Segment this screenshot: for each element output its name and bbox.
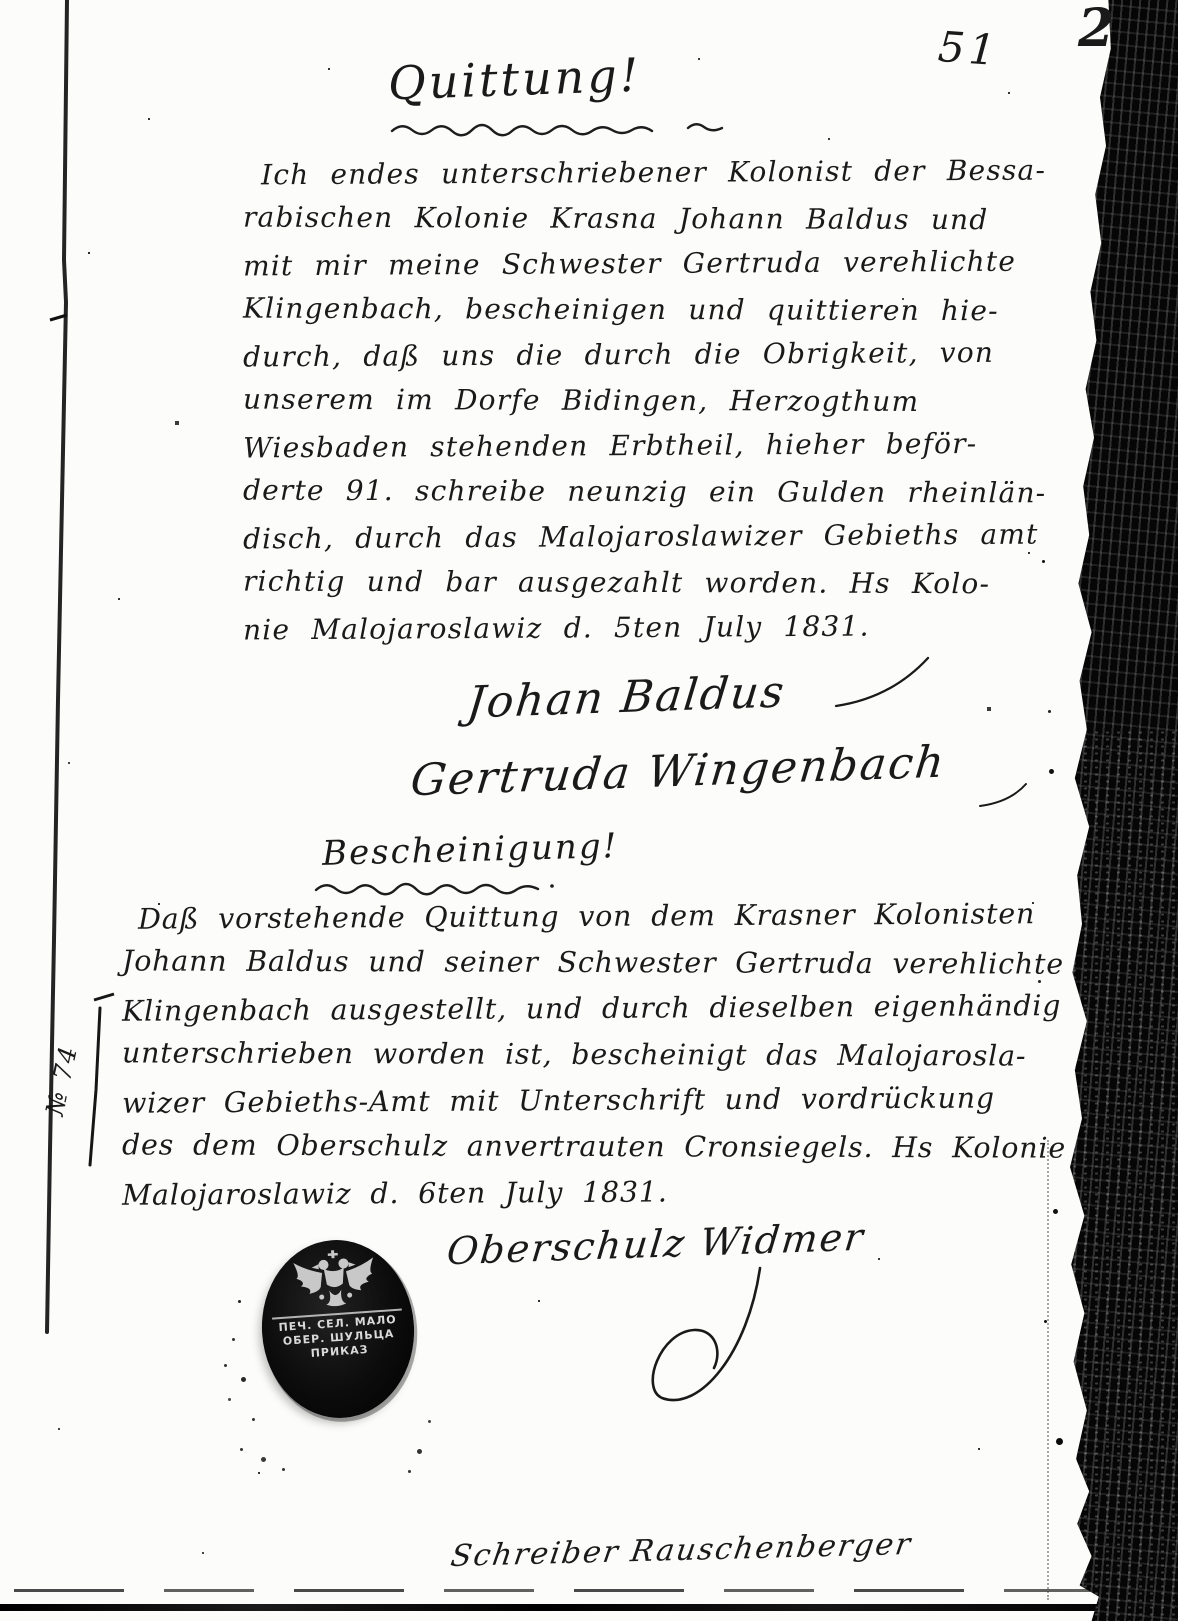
- certificate-line: Klingenbach ausgestellt, und durch diese…: [122, 983, 1037, 1035]
- receipt-line: mit mir meine Schwester Gertruda verehli…: [243, 239, 1043, 289]
- certificate-line: unterschrieben worden ist, bescheinigt d…: [122, 1030, 1037, 1079]
- binding-texture: [1058, 729, 1178, 1621]
- signature-gertruda-wingenbach: Gertruda Wingenbach: [408, 737, 948, 807]
- receipt-line: rabischen Kolonie Krasna Johann Baldus u…: [243, 194, 1043, 242]
- scan-noise-specks: [0, 0, 2, 2]
- certificate-line: wizer Gebieths-Amt mit Unterschrift und …: [122, 1075, 1037, 1127]
- receipt-line: Wiesbaden stehenden Erbtheil, hieher bef…: [243, 421, 1043, 471]
- binding-ink-specks: [1042, 560, 1045, 563]
- official-wax-seal: ПЕЧ. СЕЛ. МАЛО ОБЕР. ШУЛЬЦА ПРИКАЗ: [256, 1235, 420, 1423]
- title-underline-tail: [688, 124, 722, 130]
- widmer-signature-flourish: [653, 1268, 760, 1400]
- folio-number: 51: [936, 22, 1001, 75]
- wingenbach-signature-tail: [980, 784, 1026, 806]
- double-headed-eagle-icon: [285, 1247, 385, 1316]
- receipt-line: nie Malojaroslawiz d. 5ten July 1831.: [243, 603, 1043, 653]
- certificate-line: Malojaroslawiz d. 6ten July 1831.: [122, 1167, 1037, 1219]
- receipt-line: Ich endes unterschriebener Kolonist der …: [243, 148, 1043, 198]
- receipt-line: disch, durch das Malojaroslawizer Gebiet…: [243, 512, 1043, 562]
- book-binding-edge: [1058, 0, 1178, 1621]
- left-fold-line: [47, 0, 67, 1332]
- receipt-title: Quittung!: [387, 48, 642, 111]
- receipt-line: Klingenbach, bescheinigen und quittieren…: [243, 285, 1043, 333]
- title-underline-squiggle: [392, 125, 652, 135]
- certificate-line: Daß vorstehende Quittung von dem Krasner…: [122, 891, 1037, 943]
- margin-note: № 74: [40, 1042, 83, 1118]
- seal-ink-specks: [238, 1300, 241, 1303]
- perforation-dotted-line: [1047, 1140, 1049, 1600]
- receipt-line: durch, daß uns die durch die Obrigkeit, …: [243, 330, 1043, 380]
- fold-nick: [50, 315, 67, 320]
- receipt-body: Ich endes unterschriebener Kolonist der …: [243, 150, 1043, 651]
- margin-bracket-line: [90, 1008, 100, 1165]
- certificate-line: Johann Baldus und seiner Schwester Gertr…: [122, 938, 1037, 987]
- signature-johan-baldus: Johan Baldus: [465, 666, 788, 728]
- certificate-underline-squiggle: [316, 884, 538, 894]
- receipt-line: richtig und bar ausgezahlt worden. Hs Ko…: [243, 558, 1043, 606]
- certificate-line: des dem Oberschulz anvertrauten Cronsieg…: [122, 1122, 1037, 1171]
- receipt-line: derte 91. schreibe neunzig ein Gulden rh…: [243, 467, 1043, 515]
- underline-end-dot: [550, 884, 554, 888]
- seal-inscription: ПЕЧ. СЕЛ. МАЛО ОБЕР. ШУЛЬЦА ПРИКАЗ: [278, 1313, 399, 1363]
- receipt-line: unserem im Dorfe Bidingen, Herzogthum: [243, 376, 1043, 424]
- scanned-document-page: 51 2 № 74 Quittung! Ich endes unterschri…: [0, 0, 1178, 1621]
- signature-scribe: Schreiber Rauschenberger: [448, 1527, 914, 1574]
- baldus-signature-flourish: [836, 658, 928, 706]
- margin-bracket-tick: [94, 994, 114, 1000]
- signature-oberschulz: Oberschulz Widmer: [445, 1215, 867, 1273]
- certificate-title: Bescheinigung!: [322, 826, 619, 874]
- certificate-body: Daß vorstehende Quittung von dem Krasner…: [122, 894, 1037, 1216]
- corner-page-number: 2: [1078, 0, 1114, 59]
- bottom-scan-line-thin: [14, 1589, 1154, 1592]
- bottom-scan-line-thick: [0, 1604, 1178, 1611]
